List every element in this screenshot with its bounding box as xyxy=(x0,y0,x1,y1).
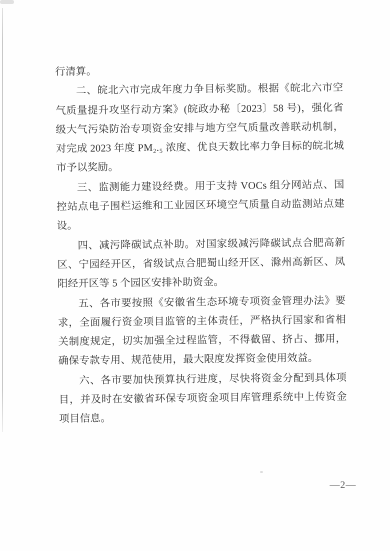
scan-artifact-left-line xyxy=(2,8,3,432)
paragraph: 四、减污降碳试点补助。对国家级减污降碳试点合肥高新区、宁园经开区，省级试点合肥蜀… xyxy=(57,233,346,294)
paragraph: 六、各市要加快预算执行进度，尽快将资金分配到具体项目，并及时在安徽省环保专项资金… xyxy=(59,368,348,429)
page-number: —2— xyxy=(320,480,366,492)
document-text-block: 行清算。二、皖北六市完成年度力争目标奖励。根据《皖北六市空气质量提升攻坚行动方案… xyxy=(55,60,347,430)
scan-artifact-top-smudge xyxy=(0,0,14,4)
document-page: 行清算。二、皖北六市完成年度力争目标奖励。根据《皖北六市空气质量提升攻坚行动方案… xyxy=(0,0,390,551)
scan-artifact-speck xyxy=(260,471,263,473)
paragraph: 三、监测能力建设经费。用于支持 VOCs 组分网站点、国控站点电子围栏运维和工业… xyxy=(56,176,345,237)
paragraph: 二、皖北六市完成年度力争目标奖励。根据《皖北六市空气质量提升攻坚行动方案》(皖政… xyxy=(55,79,344,179)
paragraph: 五、各市要按照《安徽省生态环境专项资金管理办法》要求，全面履行资金项目监管的主体… xyxy=(58,291,347,371)
